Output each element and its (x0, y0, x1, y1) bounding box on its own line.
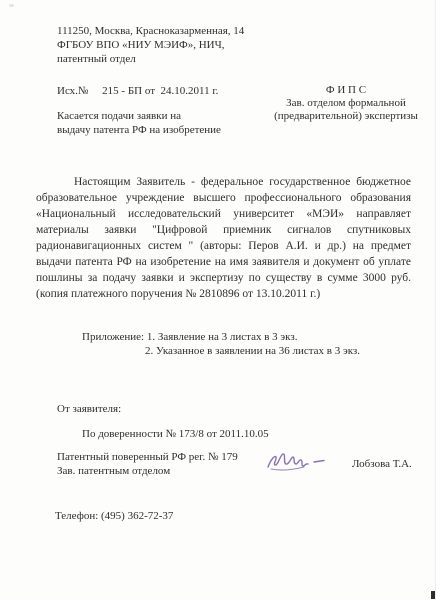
sender-address-block: 111250, Москва, Красноказарменная, 14 ФГ… (57, 24, 244, 66)
body-paragraph: Настоящим Заявитель - федеральное госуда… (36, 174, 411, 302)
attachments-label: Приложение: (82, 331, 144, 343)
attachment-item: 1. Заявление на 3 листах в 3 экз. (147, 331, 298, 343)
from-applicant-label: От заявителя: (57, 403, 121, 415)
sender-organization: ФГБОУ ВПО «НИУ МЭИФ», НИЧ, (57, 38, 244, 52)
power-of-attorney-line: По доверенности № 173/8 от 2011.10.05 (82, 428, 269, 440)
subject-line: Касается подачи заявки на (57, 109, 221, 123)
attachments-line: Приложение: 1. Заявление на 3 листах в 3… (82, 330, 360, 344)
recipient-name: Ф И П С (260, 84, 432, 97)
attachments-block: Приложение: 1. Заявление на 3 листах в 3… (82, 330, 360, 358)
sender-address: 111250, Москва, Красноказарменная, 14 (57, 24, 244, 38)
scanned-letter-page: 111250, Москва, Красноказарменная, 14 ФГ… (0, 0, 436, 600)
attachment-item: 2. Указанное в заявлении на 36 листах в … (82, 344, 360, 358)
scan-speck (9, 4, 14, 7)
outgoing-ref-line: Исх.№ 215 - БП от 24.10.2011 г. (57, 85, 218, 97)
sender-department: патентный отдел (57, 52, 244, 66)
phone-line: Телефон: (495) 362-72-37 (55, 510, 173, 522)
subject-block: Касается подачи заявки на выдачу патента… (57, 109, 221, 137)
signer-title-line: Зав. патентным отделом (57, 465, 238, 479)
recipient-title-line: Зав. отделом формальной (260, 97, 432, 110)
handwritten-signature-icon (262, 447, 336, 475)
signer-title-line: Патентный поверенный РФ рег. № 179 (57, 451, 238, 465)
subject-line: выдачу патента РФ на изобретение (57, 123, 221, 137)
recipient-block: Ф И П С Зав. отделом формальной (предвар… (260, 84, 432, 123)
signer-name: Лобзова Т.А. (352, 458, 412, 470)
signer-title-block: Патентный поверенный РФ рег. № 179 Зав. … (57, 451, 238, 478)
recipient-title-line: (предварительной) экспертизы (260, 110, 432, 123)
scan-mark (431, 591, 435, 599)
